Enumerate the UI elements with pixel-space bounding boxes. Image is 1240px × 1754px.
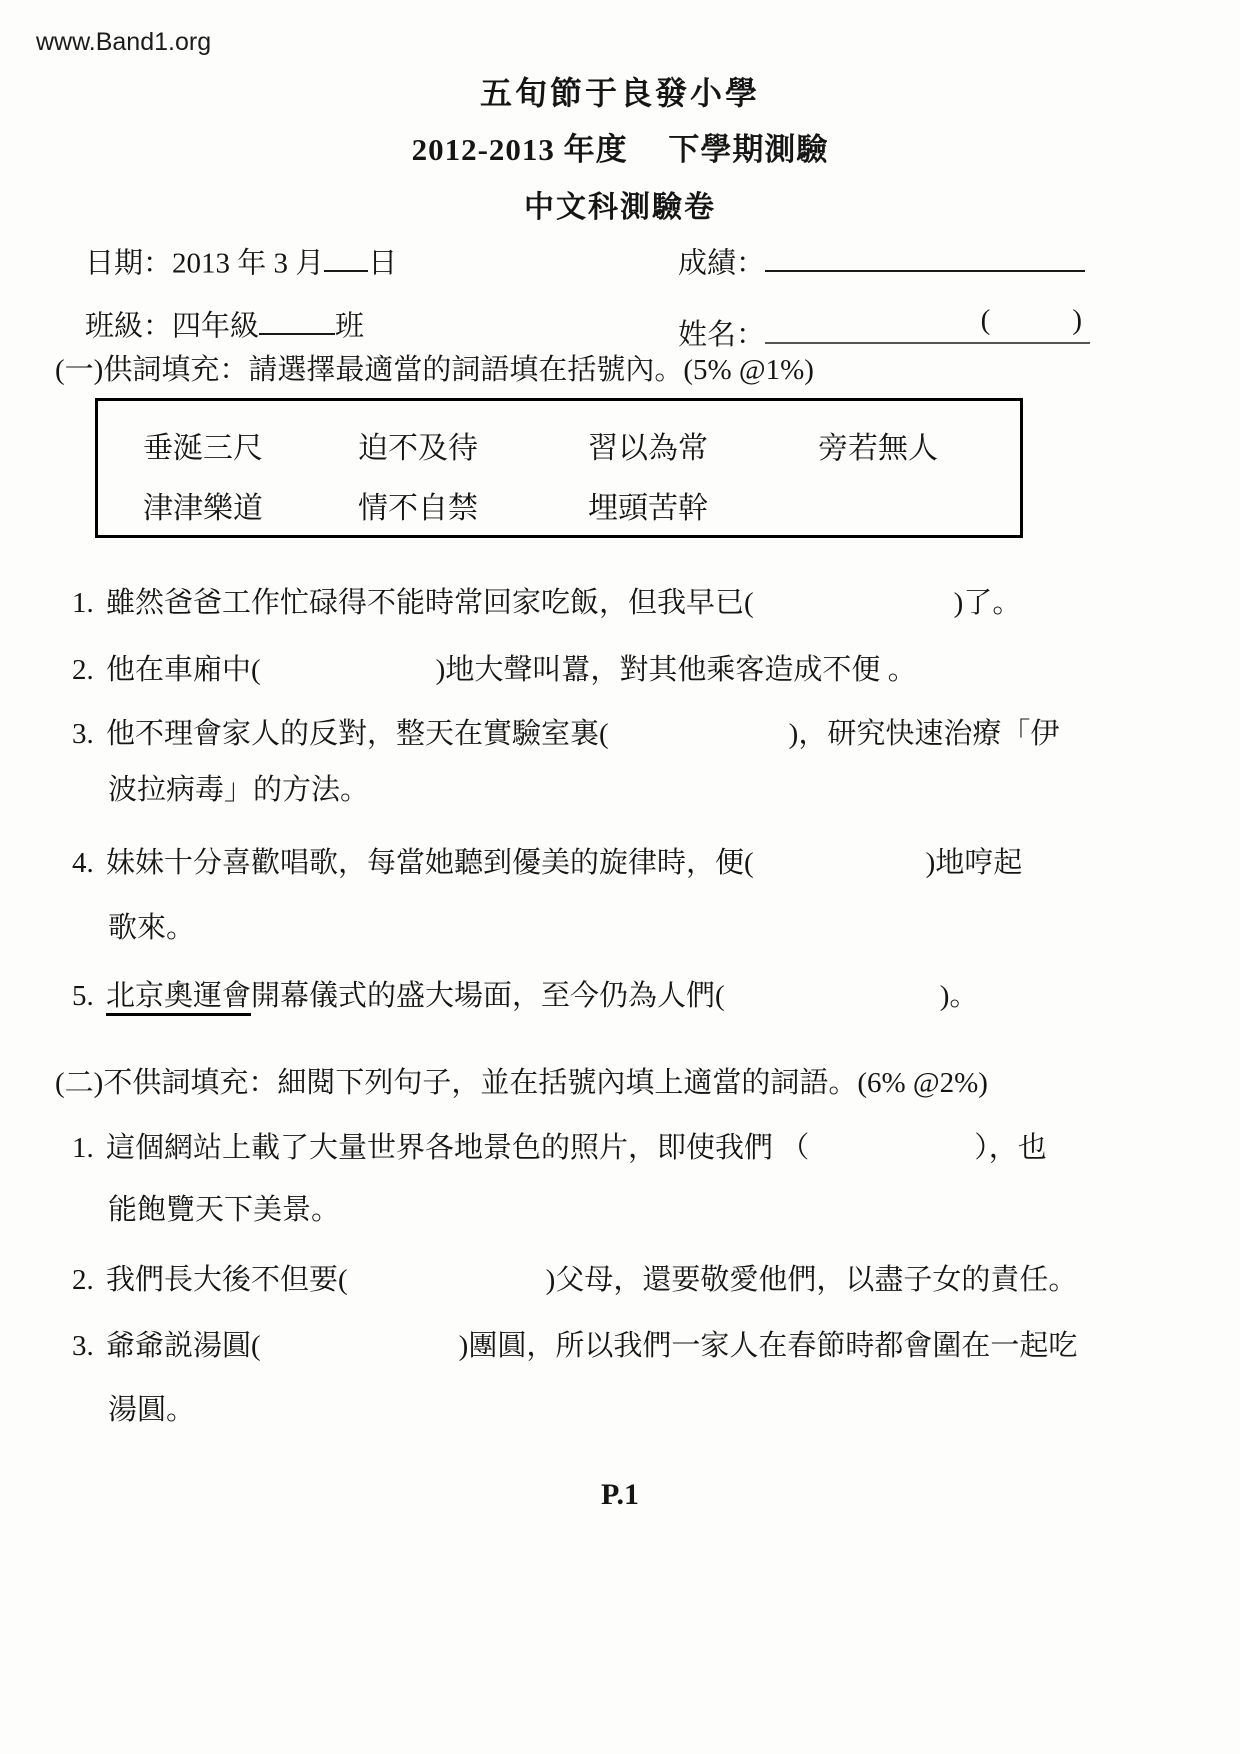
word-bank-box: 垂涎三尺迫不及待習以為常旁若無人 津津樂道情不自禁埋頭苦幹 <box>95 398 1023 538</box>
question-number: 2. <box>72 652 106 688</box>
question-number: 3. <box>72 1328 106 1364</box>
name-blank: () <box>765 303 1090 344</box>
question-number: 4. <box>72 845 106 881</box>
s1-question-3-cont: 波拉病毒」的方法。 <box>108 772 369 808</box>
s2-question-3-cont: 湯圓。 <box>108 1392 195 1428</box>
name-label: 姓名： <box>678 319 765 351</box>
underlined-term: 北京奧運會 <box>106 980 251 1016</box>
s1-question-3: 3.他不理會家人的反對，整天在實驗室裏()，研究快速治療「伊 <box>72 716 1059 752</box>
name-paren: () <box>981 302 1082 338</box>
s1-question-4: 4.妹妹十分喜歡唱歌，每當她聽到優美的旋律時，便()地哼起 <box>72 845 1022 881</box>
s1-question-1: 1.雖然爸爸工作忙碌得不能時常回家吃飯，但我早已()了。 <box>72 585 1021 621</box>
date-label: 日期：2013 年 3 月 <box>85 247 324 279</box>
score-field: 成績： <box>678 240 1085 282</box>
class-blank <box>259 303 335 335</box>
year-term-title: 2012-2013 年度 下學期測驗 <box>0 124 1240 169</box>
date-suffix: 日 <box>368 247 397 279</box>
s2-question-1-cont: 能飽覽天下美景。 <box>108 1192 340 1228</box>
paper-subject-title: 中文科測驗卷 <box>0 182 1240 226</box>
test-paper-page: www.Band1.org 五旬節于良發小學 2012-2013 年度 下學期測… <box>0 0 1240 1754</box>
score-label: 成績： <box>678 247 765 279</box>
question-number: 1. <box>72 1130 106 1166</box>
school-name-title: 五旬節于良發小學 <box>0 68 1240 114</box>
page-number: P.1 <box>0 1478 1240 1512</box>
question-number: 3. <box>72 716 106 752</box>
section2-heading: (二)不供詞填充：細閱下列句子，並在括號內填上適當的詞語。(6% @2%) <box>55 1065 988 1101</box>
class-field: 班級：四年級班 <box>85 303 364 345</box>
question-number: 5. <box>72 978 106 1014</box>
word-bank-item: 津津樂道 <box>143 483 358 527</box>
s2-question-3: 3.爺爺説湯圓()團圓，所以我們一家人在春節時都會圍在一起吃 <box>72 1328 1077 1364</box>
word-bank-row-1: 垂涎三尺迫不及待習以為常旁若無人 <box>143 423 1010 467</box>
s1-question-5: 5.北京奧運會開幕儀式的盛大場面，至今仍為人們()。 <box>72 978 978 1014</box>
word-bank-item: 垂涎三尺 <box>143 423 358 467</box>
section1-heading: (一)供詞填充：請選擇最適當的詞語填在括號內。(5% @1%) <box>55 352 814 388</box>
s1-question-4-cont: 歌來。 <box>108 910 195 946</box>
date-field: 日期：2013 年 3 月日 <box>85 240 397 282</box>
word-bank-item: 迫不及待 <box>358 423 588 467</box>
s1-question-2: 2.他在車廂中()地大聲叫囂，對其他乘客造成不便 。 <box>72 652 917 688</box>
class-suffix: 班 <box>335 310 364 342</box>
word-bank-item: 習以為常 <box>588 423 818 467</box>
word-bank-item: 情不自禁 <box>358 483 588 527</box>
word-bank-row-2: 津津樂道情不自禁埋頭苦幹 <box>143 483 1010 527</box>
s2-question-1: 1.這個網站上載了大量世界各地景色的照片，即使我們 （），也 <box>72 1130 1047 1166</box>
date-day-blank <box>324 240 368 272</box>
s2-question-2: 2.我們長大後不但要()父母，還要敬愛他們，以盡子女的責任。 <box>72 1262 1077 1298</box>
class-label: 班級：四年級 <box>85 310 259 342</box>
score-blank <box>765 240 1085 272</box>
question-number: 1. <box>72 585 106 621</box>
site-watermark: www.Band1.org <box>36 28 211 57</box>
word-bank-item: 旁若無人 <box>818 423 938 467</box>
name-field: 姓名：() <box>678 303 1090 353</box>
question-number: 2. <box>72 1262 106 1298</box>
word-bank-item: 埋頭苦幹 <box>588 483 818 527</box>
